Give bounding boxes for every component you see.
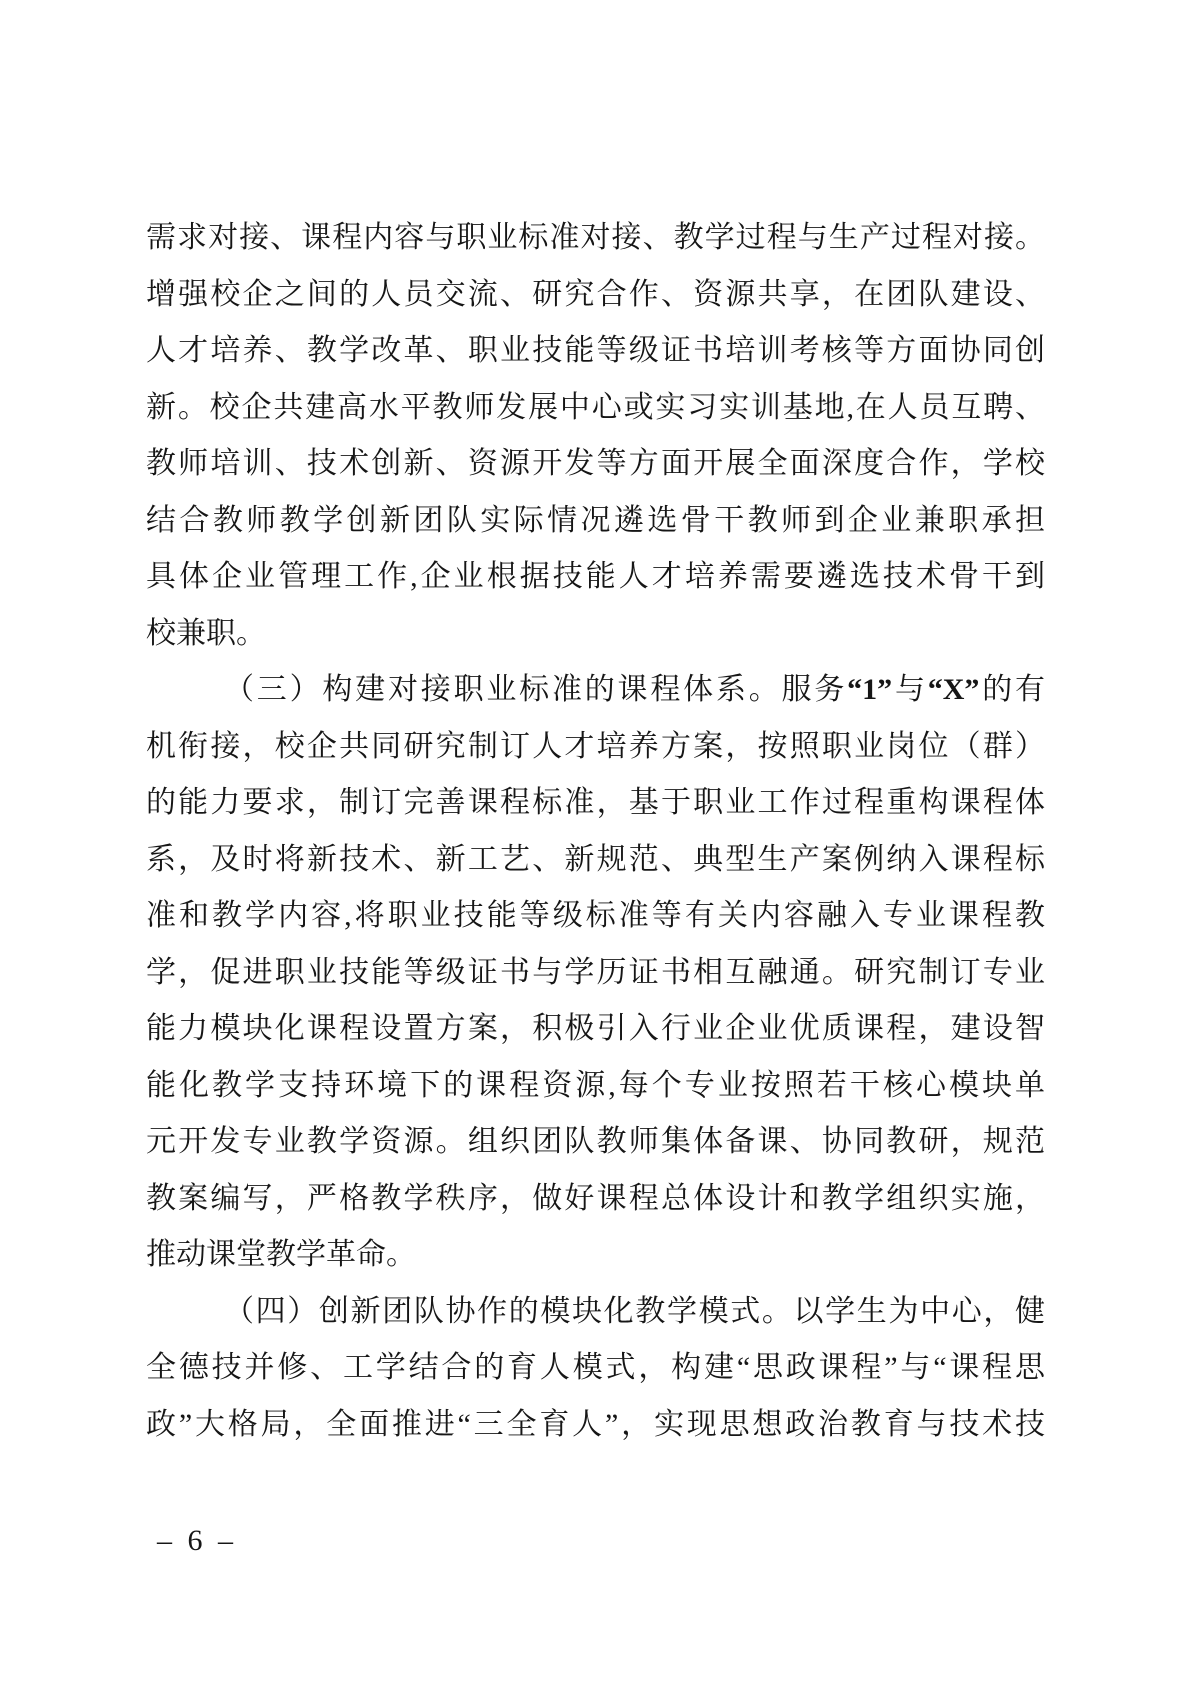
- body-text: 能化教学支持环境下的课程资源,每个专业按照若干核心模块单: [146, 1069, 1045, 1102]
- page-number: – 6 –: [157, 1524, 237, 1558]
- body-text: 教案编写，严格教学秩序，做好课程总体设计和教学组织实施，: [146, 1182, 1045, 1215]
- text-line: 教师培训、技术创新、资源开发等方面开展全面深度合作，学校: [146, 436, 1045, 493]
- body-text: 的有: [979, 673, 1045, 706]
- body-text: 人才培养、教学改革、职业技能等级证书培训考核等方面协同创: [146, 334, 1045, 367]
- body-text: 具体企业管理工作,企业根据技能人才培养需要遴选技术骨干到: [146, 560, 1045, 593]
- document-body: 需求对接、课程内容与职业标准对接、教学过程与生产过程对接。增强校企之间的人员交流…: [146, 210, 1045, 1453]
- text-line: 能化教学支持环境下的课程资源,每个专业按照若干核心模块单: [146, 1058, 1045, 1115]
- text-line: 的能力要求，制订完善课程标准，基于职业工作过程重构课程体: [146, 775, 1045, 832]
- body-text: 校兼职。: [146, 617, 266, 650]
- body-text: 与: [892, 673, 928, 706]
- body-text: 全德技并修、工学结合的育人模式，构建“思政课程”与“课程思: [146, 1351, 1045, 1384]
- text-line: （四）创新团队协作的模块化教学模式。以学生为中心，健: [146, 1284, 1045, 1341]
- text-line: 推动课堂教学革命。: [146, 1227, 1045, 1284]
- body-text: （四）创新团队协作的模块化教学模式。以学生为中心，健: [224, 1295, 1045, 1328]
- body-text: 系，及时将新技术、新工艺、新规范、典型生产案例纳入课程标: [146, 843, 1045, 876]
- text-line: 需求对接、课程内容与职业标准对接、教学过程与生产过程对接。: [146, 210, 1045, 267]
- body-text: 推动课堂教学革命。: [146, 1238, 416, 1271]
- bold-latin-text: “X”: [928, 673, 980, 706]
- body-text: （三）构建对接职业标准的课程体系。服务: [224, 673, 847, 706]
- text-line: 增强校企之间的人员交流、研究合作、资源共享，在团队建设、: [146, 267, 1045, 324]
- text-line: 准和教学内容,将职业技能等级标准等有关内容融入专业课程教: [146, 888, 1045, 945]
- body-text: 准和教学内容,将职业技能等级标准等有关内容融入专业课程教: [146, 899, 1045, 932]
- text-line: 教案编写，严格教学秩序，做好课程总体设计和教学组织实施，: [146, 1171, 1045, 1228]
- body-text: 元开发专业教学资源。组织团队教师集体备课、协同教研，规范: [146, 1125, 1045, 1158]
- body-text: 机衔接，校企共同研究制订人才培养方案，按照职业岗位（群）: [146, 730, 1045, 763]
- text-line: 能力模块化课程设置方案，积极引入行业企业优质课程，建设智: [146, 1001, 1045, 1058]
- body-text: 需求对接、课程内容与职业标准对接、教学过程与生产过程对接。: [146, 221, 1045, 254]
- text-line: 人才培养、教学改革、职业技能等级证书培训考核等方面协同创: [146, 323, 1045, 380]
- text-line: 元开发专业教学资源。组织团队教师集体备课、协同教研，规范: [146, 1114, 1045, 1171]
- text-line: （三）构建对接职业标准的课程体系。服务“1”与“X”的有: [146, 662, 1045, 719]
- body-text: 新。校企共建高水平教师发展中心或实习实训基地,在人员互聘、: [146, 391, 1045, 424]
- body-text: 结合教师教学创新团队实际情况遴选骨干教师到企业兼职承担: [146, 504, 1045, 537]
- body-text: 的能力要求，制订完善课程标准，基于职业工作过程重构课程体: [146, 786, 1045, 819]
- body-text: 教师培训、技术创新、资源开发等方面开展全面深度合作，学校: [146, 447, 1045, 480]
- text-line: 系，及时将新技术、新工艺、新规范、典型生产案例纳入课程标: [146, 832, 1045, 889]
- document-page: 需求对接、课程内容与职业标准对接、教学过程与生产过程对接。增强校企之间的人员交流…: [0, 0, 1191, 1684]
- text-line: 新。校企共建高水平教师发展中心或实习实训基地,在人员互聘、: [146, 380, 1045, 437]
- text-line: 政”大格局，全面推进“三全育人”，实现思想政治教育与技术技: [146, 1397, 1045, 1454]
- text-line: 全德技并修、工学结合的育人模式，构建“思政课程”与“课程思: [146, 1340, 1045, 1397]
- body-text: 增强校企之间的人员交流、研究合作、资源共享，在团队建设、: [146, 278, 1045, 311]
- bold-latin-text: “1”: [847, 673, 892, 706]
- body-text: 政”大格局，全面推进“三全育人”，实现思想政治教育与技术技: [146, 1408, 1045, 1441]
- body-text: 学，促进职业技能等级证书与学历证书相互融通。研究制订专业: [146, 956, 1045, 989]
- text-line: 校兼职。: [146, 606, 1045, 663]
- text-line: 机衔接，校企共同研究制订人才培养方案，按照职业岗位（群）: [146, 719, 1045, 776]
- text-line: 学，促进职业技能等级证书与学历证书相互融通。研究制订专业: [146, 945, 1045, 1002]
- body-text: 能力模块化课程设置方案，积极引入行业企业优质课程，建设智: [146, 1012, 1045, 1045]
- text-line: 具体企业管理工作,企业根据技能人才培养需要遴选技术骨干到: [146, 549, 1045, 606]
- text-line: 结合教师教学创新团队实际情况遴选骨干教师到企业兼职承担: [146, 493, 1045, 550]
